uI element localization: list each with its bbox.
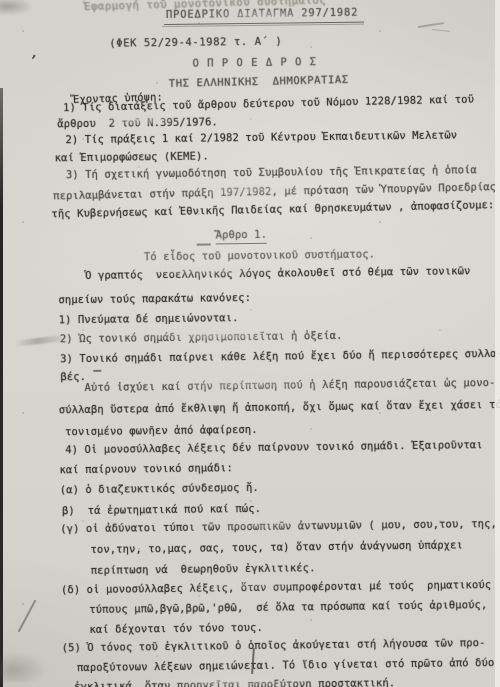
decree-title: ΠΡΟΕΔΡΙΚΟ ΔΙΑΤΑΓΜΑ 297/1982 — [164, 7, 364, 25]
president-line: Ο Π Ρ Ο Ε Δ Ρ Ο Σ — [193, 56, 318, 70]
article-body-line: σημείων τούς παρακάτω κανόνες: — [58, 292, 251, 306]
scanned-document-page: Ἐφαρμογή τοῦ μονοτονικοῦ συστήματος ΠΡΟΕ… — [0, 0, 500, 687]
article-body-line: περίπτωση νά θεωρηθοῦν ἐγκλιτικές. — [91, 562, 316, 577]
article-body-line: 4) Οἱ μονοσύλλαβες λέξεις δέν παίρνουν τ… — [65, 439, 483, 456]
preamble-line: ἄρθρου 2 τοῦ Ν.395/1976. — [57, 116, 218, 130]
preamble-line: τῆς Κυβερνήσεως καί Ἐθνικῆς Παιδείας καί… — [51, 199, 494, 220]
article-body-line: τονισμένο φωνῆεν ἀπό ἀφαίρεση. — [65, 424, 258, 438]
article-body-line: (δ) οἱ μονοσύλλαβες λέξεις, ὅταν συμπροφ… — [61, 579, 491, 596]
preamble-line: καί Ἐπιμορφώσεως (ΚΕΜΕ). — [55, 150, 209, 164]
article-body-line: παροξύτονων λέξεων σημειώνεται. Τό ἴδιο … — [77, 657, 495, 674]
article-body-line: (α) ὁ διαζευκτικός σύνδεσμος ἤ. — [60, 482, 259, 496]
gazette-reference: (ΦΕΚ 52/29-4-1982 τ. Α΄ ) — [109, 36, 282, 50]
article-body-line: τύπους μπῶ,βγῶ,βρῶ,'ρθῶ, σέ ὅλα τα πρόσω… — [89, 599, 487, 616]
stray-dash-mark — [93, 370, 101, 372]
heading-dash-mark — [197, 243, 211, 245]
article-body-line: β) τά ἐρωτηματικά πού καί πώς. — [62, 503, 261, 517]
article-body-line: ἐγκλιτικά, ὅταν προηγεῖται παροξύτονη πρ… — [74, 677, 395, 687]
article-body-line: σύλλαβη ὕστερα ἀπό ἔκθλιψη ἤ ἀποκοπή, ὄχ… — [59, 399, 500, 416]
republic-line: ΤΗΣ ΕΛΛΗΝΙΚΗΣ ΔΗΜΟΚΡΑΤΙΑΣ — [169, 74, 349, 90]
preamble-line: 2) Τίς πράξεις 1 καί 2/1982 τοῦ Κέντρου … — [65, 129, 457, 146]
preamble-line: 3) Τή σχετική γνωμοδότηση τοῦ Συμβουλίου… — [66, 164, 477, 181]
article-body-line: 2) Ὡς τονικό σημάδι χρησιμοποιεῖται ἡ ὀξ… — [60, 330, 343, 345]
article-1-subtitle: Τό εἶδος τοῦ μονοτονικοῦ συστήματος. — [144, 248, 375, 263]
article-body-line: 1) Πνεύματα δέ σημειώνονται. — [59, 312, 239, 326]
preamble-line: περιλαμβάνεται στήν πράξη 197/1982, μέ π… — [53, 181, 496, 202]
article-body-line: καί δέχονται τόν τόνο τους. — [89, 622, 263, 636]
article-1-heading: Ἄρθρο 1. — [216, 229, 268, 245]
article-body-line: καί παίρνουν τονικό σημάδι: — [59, 462, 233, 476]
article-body-line: (γ) οἱ ἀδύνατοι τύποι τῶν προσωπικῶν ἀντ… — [60, 518, 497, 535]
article-body-line: βές. — [60, 371, 86, 383]
article-body-line: τον,την, το,μας, σας, τους, τα) ὅταν στή… — [90, 539, 463, 556]
article-body-line: 3) Τονικό σημάδι παίρνει κάθε λέξη πού ἔ… — [60, 348, 500, 365]
document-text-layer: Ἐφαρμογή τοῦ μονοτονικοῦ συστήματος ΠΡΟΕ… — [0, 0, 500, 687]
article-body-line: Αὐτό ἰσχύει καί στήν περίπτωση πού ἡ λέξ… — [84, 377, 495, 394]
article-body-line: Ὁ γραπτός νεοελληνικός λόγος ἀκολουθεῖ σ… — [85, 265, 470, 282]
article-body-line: (5) Ὁ τόνος τοῦ ἐγκλιτικοῦ ὁ ὁποῖος ἀκού… — [62, 637, 486, 654]
